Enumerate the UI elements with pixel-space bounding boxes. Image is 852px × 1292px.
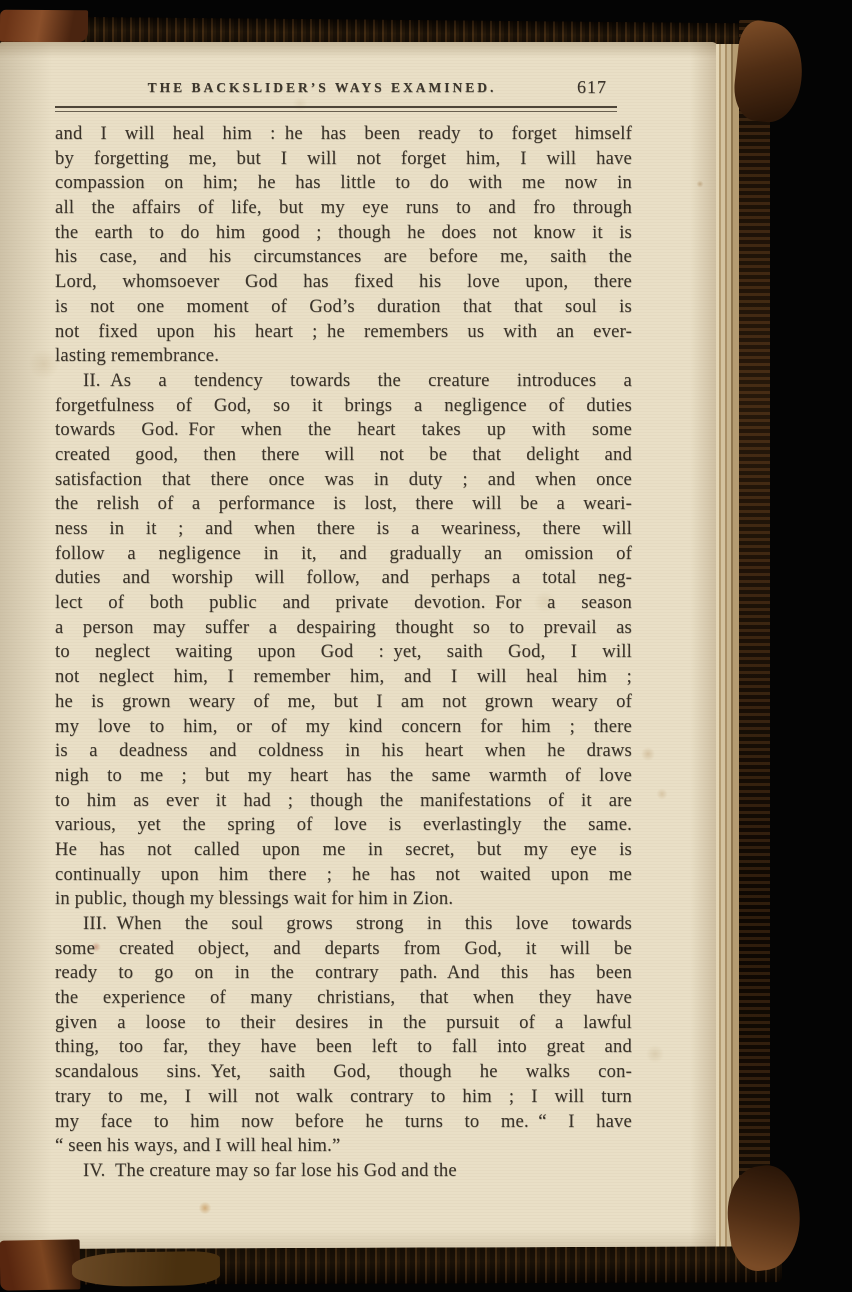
- text-line: IV. The creature may so far lose his God…: [55, 1159, 632, 1184]
- book-cover-right-edge: [739, 20, 770, 1276]
- text-line: to neglect waiting upon God : yet, saith…: [55, 640, 632, 665]
- leather-patch-bottom-left: [72, 1251, 220, 1287]
- leather-corner-top-right: [731, 19, 807, 125]
- text-line: the experience of many christians, that …: [55, 986, 632, 1011]
- text-line: II. As a tendency towards the creature i…: [55, 369, 632, 394]
- text-line: given a loose to their desires in the pu…: [55, 1011, 632, 1036]
- text-line: to him as ever it had ; though the manif…: [55, 789, 632, 814]
- text-line: not fixed upon his heart ; he remembers …: [55, 320, 632, 345]
- text-line: continually upon him there ; he has not …: [55, 863, 632, 888]
- leather-corner-bottom-left: [0, 1239, 80, 1290]
- text-line: compassion on him; he has little to do w…: [55, 171, 632, 196]
- paragraph: II. As a tendency towards the creature i…: [55, 369, 632, 912]
- text-line: some created object, and departs from Go…: [55, 937, 632, 962]
- text-line: scandalous sins. Yet, saith God, though …: [55, 1060, 632, 1085]
- text-line: by forgetting me, but I will not forget …: [55, 147, 632, 172]
- text-line: in public, though my blessings wait for …: [55, 887, 632, 912]
- text-line: forgetfulness of God, so it brings a neg…: [55, 394, 632, 419]
- text-line: duties and worship will follow, and perh…: [55, 566, 632, 591]
- page-paper: THE BACKSLIDER’S WAYS EXAMINED. 617 and …: [0, 42, 718, 1252]
- text-line: ready to go on in the contrary path. And…: [55, 961, 632, 986]
- text-line: lect of both public and private devotion…: [55, 591, 632, 616]
- paragraph: and I will heal him : he has been ready …: [55, 122, 632, 369]
- text-line: he is grown weary of me, but I am not gr…: [55, 690, 632, 715]
- text-line: ness in it ; and when there is a wearine…: [55, 517, 632, 542]
- text-line: He has not called upon me in secret, but…: [55, 838, 632, 863]
- text-line: not neglect him, I remember him, and I w…: [55, 665, 632, 690]
- text-line: satisfaction that there once was in duty…: [55, 468, 632, 493]
- text-line: “ seen his ways, and I will heal him.”: [55, 1134, 632, 1159]
- text-line: a person may suffer a despairing thought…: [55, 616, 632, 641]
- text-line: thing, too far, they have been left to f…: [55, 1035, 632, 1060]
- text-line: various, yet the spring of love is everl…: [55, 813, 632, 838]
- text-line: the earth to do him good ; though he doe…: [55, 221, 632, 246]
- text-line: III. When the soul grows strong in this …: [55, 912, 632, 937]
- text-line: trary to me, I will not walk contrary to…: [55, 1085, 632, 1110]
- text-line: my love to him, or of my kind concern fo…: [55, 715, 632, 740]
- text-line: towards God. For when the heart takes up…: [55, 418, 632, 443]
- text-column: and I will heal him : he has been ready …: [55, 122, 632, 1184]
- running-header: THE BACKSLIDER’S WAYS EXAMINED. 617: [55, 80, 617, 102]
- text-line: and I will heal him : he has been ready …: [55, 122, 632, 147]
- text-line: Lord, whomsoever God has fixed his love …: [55, 270, 632, 295]
- running-header-title: THE BACKSLIDER’S WAYS EXAMINED.: [41, 80, 603, 96]
- text-line: is a deadness and coldness in his heart …: [55, 739, 632, 764]
- text-line: is not one moment of God’s duration that…: [55, 295, 632, 320]
- text-line: nigh to me ; but my heart has the same w…: [55, 764, 632, 789]
- text-line: my face to him now before he turns to me…: [55, 1110, 632, 1135]
- page-edges-right: [716, 44, 740, 1250]
- text-line: his case, and his circumstances are befo…: [55, 245, 632, 270]
- text-line: follow a negligence in it, and gradually…: [55, 542, 632, 567]
- text-line: the relish of a performance is lost, the…: [55, 492, 632, 517]
- text-line: all the affairs of life, but my eye runs…: [55, 196, 632, 221]
- page-number: 617: [577, 77, 607, 98]
- text-line: created good, then there will not be tha…: [55, 443, 632, 468]
- paragraph: IV. The creature may so far lose his God…: [55, 1159, 632, 1184]
- header-double-rule: [55, 106, 617, 112]
- text-line: lasting remembrance.: [55, 344, 632, 369]
- paragraph: III. When the soul grows strong in this …: [55, 912, 632, 1159]
- leather-corner-top-left: [0, 10, 88, 43]
